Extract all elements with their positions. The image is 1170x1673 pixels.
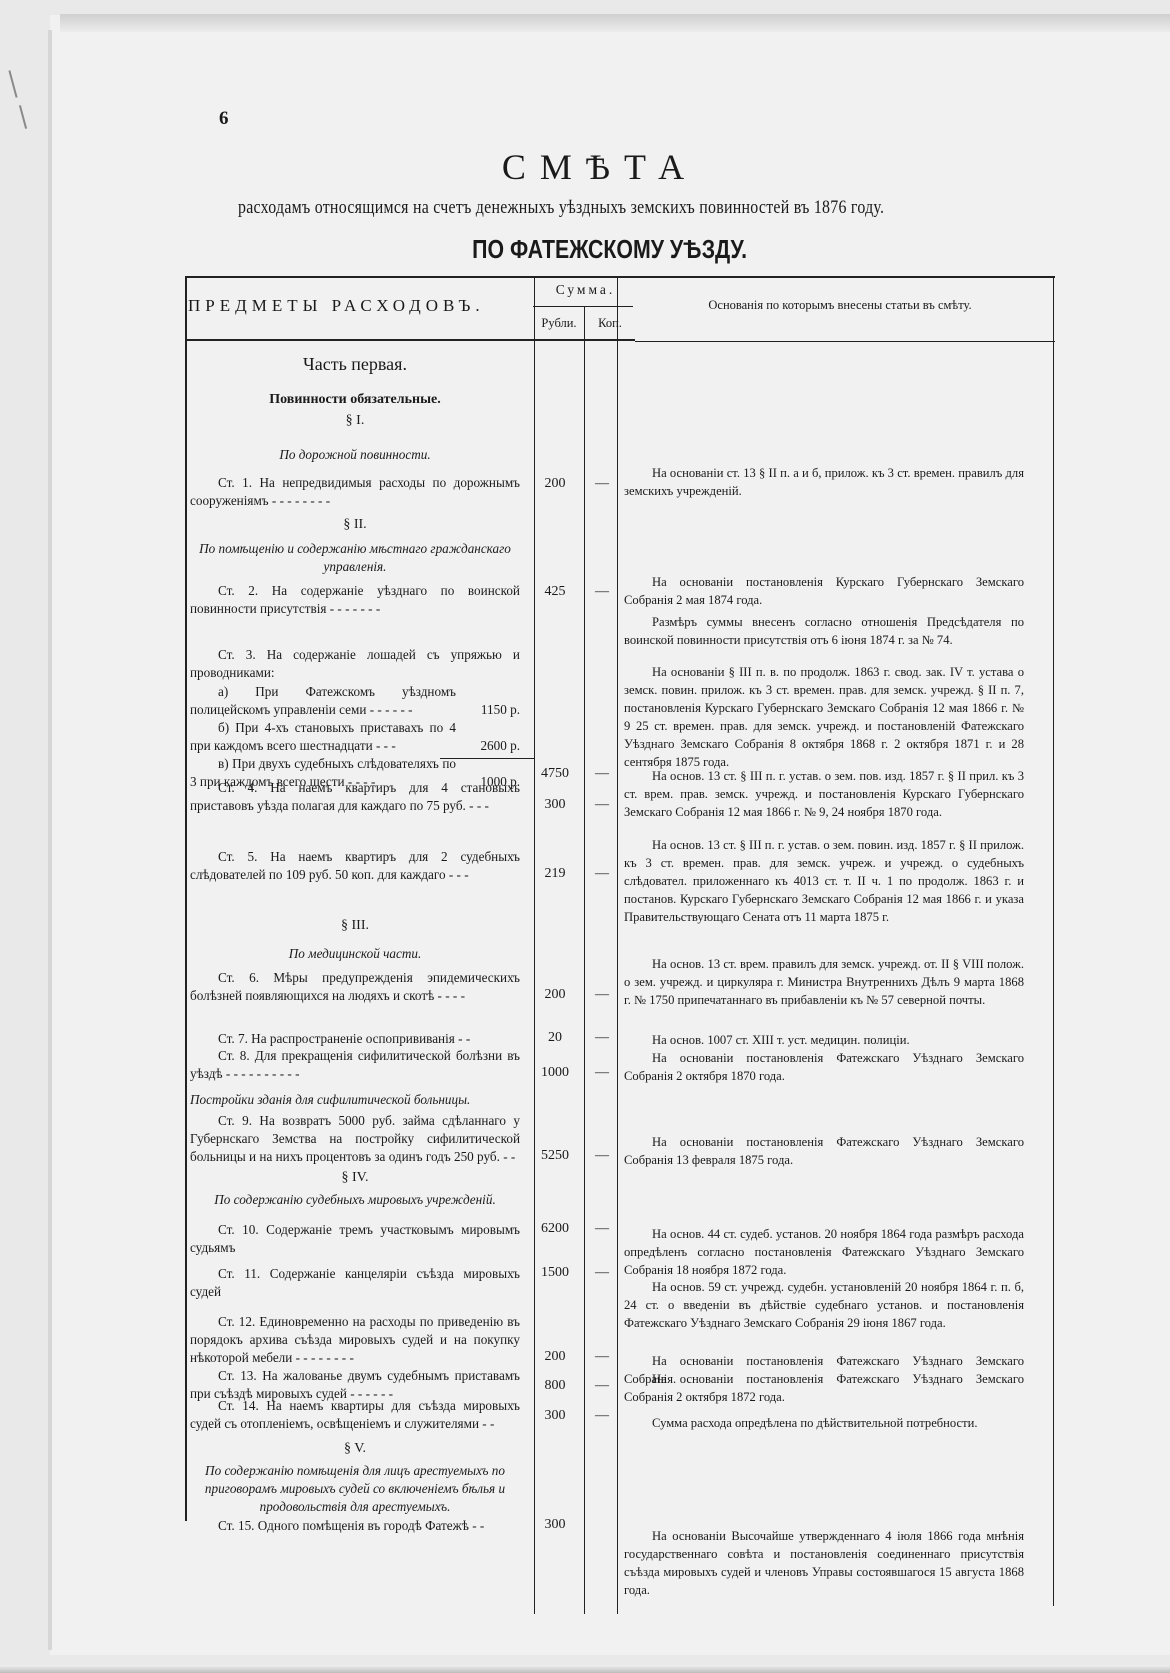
district-heading: ПО ФАТЕЖСКОМУ УѢЗДУ. (105, 234, 1064, 265)
basis-text: На основ. 13 ст. врем. правилъ для земск… (624, 955, 1024, 1009)
article-basis: Сумма расхода опредѣлена по дѣйствительн… (624, 1414, 1024, 1432)
article-basis: На основаніи постановленія Курскаго Губе… (624, 573, 1024, 649)
article-kopecks: — (584, 1148, 620, 1164)
article-rubles: 20 (525, 1030, 585, 1046)
header-items: ПРЕДМЕТЫ РАСХОДОВЪ. (188, 296, 518, 316)
basis-text: На основаніи постановленія Фатежскаго Уѣ… (624, 1049, 1024, 1085)
article-kopecks: — (584, 866, 620, 882)
article-4: Ст. 4. На наемъ квартиръ для 4 становыхъ… (190, 779, 520, 815)
article-text: Ст. 10. Содержаніе тремъ участковымъ мир… (190, 1221, 520, 1257)
article-kopecks: — (584, 1378, 620, 1394)
article-kopecks: — (584, 1349, 620, 1365)
article-kopecks: — (584, 1221, 620, 1237)
page-edge-left (48, 30, 52, 1650)
sub-item-value: 2600 р. (456, 737, 520, 755)
article-11: Ст. 11. Содержаніе канцеляріи съѣзда мир… (190, 1265, 520, 1301)
article-9: Ст. 9. На возвратъ 5000 руб. займа сдѣла… (190, 1112, 520, 1166)
article-basis: На основаніи постановленія Фатежскаго Уѣ… (624, 1133, 1024, 1169)
article-basis: На основаніи постановленія Фатежскаго Уѣ… (624, 1049, 1024, 1085)
basis-text: На основ. 44 ст. судеб. установ. 20 нояб… (624, 1225, 1024, 1279)
article-rubles: 200 (525, 1349, 585, 1365)
article-basis: На основ. 13 ст. врем. правилъ для земск… (624, 955, 1024, 1009)
article-rubles: 6200 (525, 1221, 585, 1237)
table-left-border (185, 276, 187, 1521)
basis-text: На основаніи ст. 13 § II п. а и б, прило… (624, 464, 1024, 500)
table-right-border (1053, 276, 1054, 1606)
article-kopecks: — (584, 476, 620, 492)
sub-item-value: 1150 р. (456, 701, 520, 719)
basis-text: Размѣръ суммы внесенъ согласно отношенія… (624, 613, 1024, 649)
page-number: 6 (219, 108, 229, 130)
section-number: § III. (190, 917, 520, 935)
article-kopecks: — (584, 1030, 620, 1046)
sub-item: а) При Фатежскомъ уѣздномъ полицейскомъ … (190, 683, 520, 719)
article-text: Ст. 7. На распространеніе оспопрививанія… (190, 1030, 520, 1048)
basis-text: Сумма расхода опредѣлена по дѣйствительн… (624, 1414, 1024, 1432)
article-kopecks: — (584, 1065, 620, 1081)
article-kopecks: — (584, 797, 620, 813)
header-bottom-rule-left (185, 339, 635, 341)
article-3: Ст. 3. На содержаніе лошадей съ упряжью … (190, 646, 520, 791)
basis-text: На основаніи постановленія Курскаго Губе… (624, 573, 1024, 609)
article-kopecks: — (584, 987, 620, 1003)
basis-text: На основ. 13 ст. § III п. г. устав. о зе… (624, 836, 1024, 926)
sub-item-text: а) При Фатежскомъ уѣздномъ полицейскомъ … (190, 683, 456, 719)
article-rubles: 5250 (525, 1148, 585, 1164)
scan-mark (8, 70, 17, 98)
article-text: Ст. 12. Единовременно на расходы по прив… (190, 1313, 520, 1367)
article-kopecks: — (584, 766, 620, 782)
article-text: Ст. 9. На возвратъ 5000 руб. займа сдѣла… (190, 1112, 520, 1166)
article-12: Ст. 12. Единовременно на расходы по прив… (190, 1313, 520, 1367)
article-basis: На основ. 44 ст. судеб. установ. 20 нояб… (624, 1225, 1024, 1279)
sum-header-rule (533, 306, 633, 307)
section-title: По медицинской части. (190, 945, 520, 963)
article-7: Ст. 7. На распространеніе оспопрививанія… (190, 1030, 520, 1048)
document-title: СМѢТА (0, 146, 1170, 188)
article-1: Ст. 1. На непредвидимыя расходы по дорож… (190, 474, 520, 510)
header-sum: Сумма. (538, 282, 633, 298)
page-edge-top (60, 14, 1170, 32)
article-rubles: 300 (525, 1408, 585, 1424)
section-title: По содержанію судебныхъ мировыхъ учрежде… (190, 1191, 520, 1209)
article-rubles: 425 (525, 584, 585, 600)
article-2: Ст. 2. На содержаніе уѣзднаго по воинско… (190, 582, 520, 618)
article-rubles: 300 (525, 1517, 585, 1533)
article-basis: На основаніи ст. 13 § II п. а и б, прило… (624, 464, 1024, 500)
article-rubles: 219 (525, 866, 585, 882)
article-basis: На основ. 59 ст. учрежд. судебн. установ… (624, 1278, 1024, 1332)
article-15: Ст. 15. Одного помѣщенія въ городѣ Фатеж… (190, 1517, 520, 1535)
article-basis: На основаніи постановленія Фатежскаго Уѣ… (624, 1370, 1024, 1406)
basis-text: На основаніи постановленія Фатежскаго Уѣ… (624, 1370, 1024, 1406)
sub-item-text: б) При 4-хъ становыхъ приставахъ по 4 пр… (190, 719, 456, 755)
header-basis: Основанія по которымъ внесены статьи въ … (640, 298, 1040, 313)
hospital-subheading: Постройки зданія для сифилитической боль… (190, 1091, 520, 1109)
part-title: Часть первая. (190, 355, 520, 373)
section-title: По помѣщенію и содержанію мѣстнаго гражд… (190, 540, 520, 576)
section-number: § IV. (190, 1169, 520, 1187)
article-kopecks: — (584, 1265, 620, 1281)
article-14: Ст. 14. На наемъ квартиры для съѣзда мир… (190, 1397, 520, 1433)
section-number: § V. (190, 1440, 520, 1458)
article-kopecks: — (584, 1408, 620, 1424)
article-rubles: 200 (525, 987, 585, 1003)
article-10: Ст. 10. Содержаніе тремъ участковымъ мир… (190, 1221, 520, 1257)
article-basis: На основаніи Высочайше утвержденнаго 4 і… (624, 1527, 1024, 1599)
article-text: Ст. 5. На наемъ квартиръ для 2 судебныхъ… (190, 848, 520, 884)
article-5: Ст. 5. На наемъ квартиръ для 2 судебныхъ… (190, 848, 520, 884)
part-subtitle: Повинности обязательные. (190, 391, 520, 409)
article-rubles: 1000 (525, 1065, 585, 1081)
article-kopecks: — (584, 584, 620, 600)
basis-text: На основаніи Высочайше утвержденнаго 4 і… (624, 1527, 1024, 1599)
article-basis: На основаніи § III п. в. по продолж. 186… (624, 663, 1024, 771)
basis-text: На основ. 1007 ст. XIII т. уст. медицин.… (624, 1031, 1024, 1049)
article-basis: На основ. 13 ст. § III п. г. устав. о зе… (624, 767, 1024, 821)
article-text: Ст. 14. На наемъ квартиры для съѣзда мир… (190, 1397, 520, 1433)
article-6: Ст. 6. Мѣры предупрежденія эпидемических… (190, 969, 520, 1005)
header-bottom-rule-right (635, 341, 1055, 342)
basis-text: На основаніи § III п. в. по продолж. 186… (624, 663, 1024, 771)
table-top-rule (185, 276, 1055, 278)
sub-item: б) При 4-хъ становыхъ приставахъ по 4 пр… (190, 719, 520, 755)
article-text: Ст. 15. Одного помѣщенія въ городѣ Фатеж… (190, 1517, 520, 1535)
article-rubles: 800 (525, 1378, 585, 1394)
article-text: Ст. 8. Для прекращенія сифилитической бо… (190, 1047, 520, 1083)
article-basis: На основ. 13 ст. § III п. г. устав. о зе… (624, 836, 1024, 926)
section-number: § I. (190, 412, 520, 430)
article-text: Ст. 2. На содержаніе уѣзднаго по воинско… (190, 582, 520, 618)
article-text: Ст. 11. Содержаніе канцеляріи съѣзда мир… (190, 1265, 520, 1301)
section-title: По содержанію помѣщенія для лицъ арестуе… (190, 1462, 520, 1516)
article-rubles: 300 (525, 797, 585, 813)
header-rubles: Рубли. (533, 316, 585, 331)
section-number: § II. (190, 516, 520, 534)
section-title: По дорожной повинности. (190, 446, 520, 464)
header-kopecks: Коп. (585, 316, 635, 331)
scan-mark (19, 105, 27, 129)
article-rubles: 1500 (525, 1265, 585, 1281)
article-text: Ст. 6. Мѣры предупрежденія эпидемических… (190, 969, 520, 1005)
document-subtitle: расходамъ относящимся на счетъ денежныхъ… (238, 198, 884, 219)
article-8: Ст. 8. Для прекращенія сифилитической бо… (190, 1047, 520, 1083)
article-rubles: 200 (525, 476, 585, 492)
page-edge-bottom (0, 1665, 1170, 1673)
basis-text: На основ. 13 ст. § III п. г. устав. о зе… (624, 767, 1024, 821)
article-rubles: 4750 (525, 766, 585, 782)
article-text: Ст. 1. На непредвидимыя расходы по дорож… (190, 474, 520, 510)
article-basis: На основ. 1007 ст. XIII т. уст. медицин.… (624, 1031, 1024, 1049)
article-text: Ст. 3. На содержаніе лошадей съ упряжью … (190, 646, 520, 682)
basis-text: На основ. 59 ст. учрежд. судебн. установ… (624, 1278, 1024, 1332)
article-text: Ст. 4. На наемъ квартиръ для 4 становыхъ… (190, 779, 520, 815)
basis-text: На основаніи постановленія Фатежскаго Уѣ… (624, 1133, 1024, 1169)
